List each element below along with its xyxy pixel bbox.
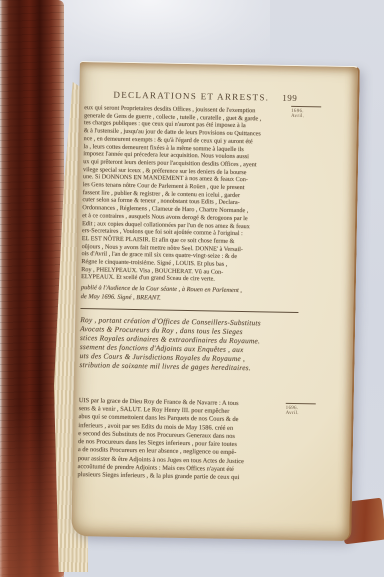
page-text-column: eux qui seront Proprietaires desdits Off… [77,104,315,484]
backdrop-light-glow [50,0,270,70]
paragraph-edict-body: UIS par la grace de Dieu Roy de France &… [77,397,309,484]
registration-signature-block: publié à l'Audience de la Cour séante , … [81,283,312,305]
photo-background: DECLARATIONS ET ARRESTS. 199 1696. Avril… [0,0,384,577]
page-header: DECLARATIONS ET ARRESTS. 199 [87,89,323,103]
edict-section-heading: Roy , portant création d'Offices de Cons… [79,316,311,374]
paragraph-declaration-end: eux qui seront Proprietaires desdits Off… [81,104,315,285]
book-page: DECLARATIONS ET ARRESTS. 199 1696. Avril… [71,61,360,541]
page-number: 199 [282,93,297,103]
section-divider-rule [80,308,298,313]
book-spine [0,0,64,577]
page-header-title: DECLARATIONS ET ARRESTS. [113,90,269,103]
